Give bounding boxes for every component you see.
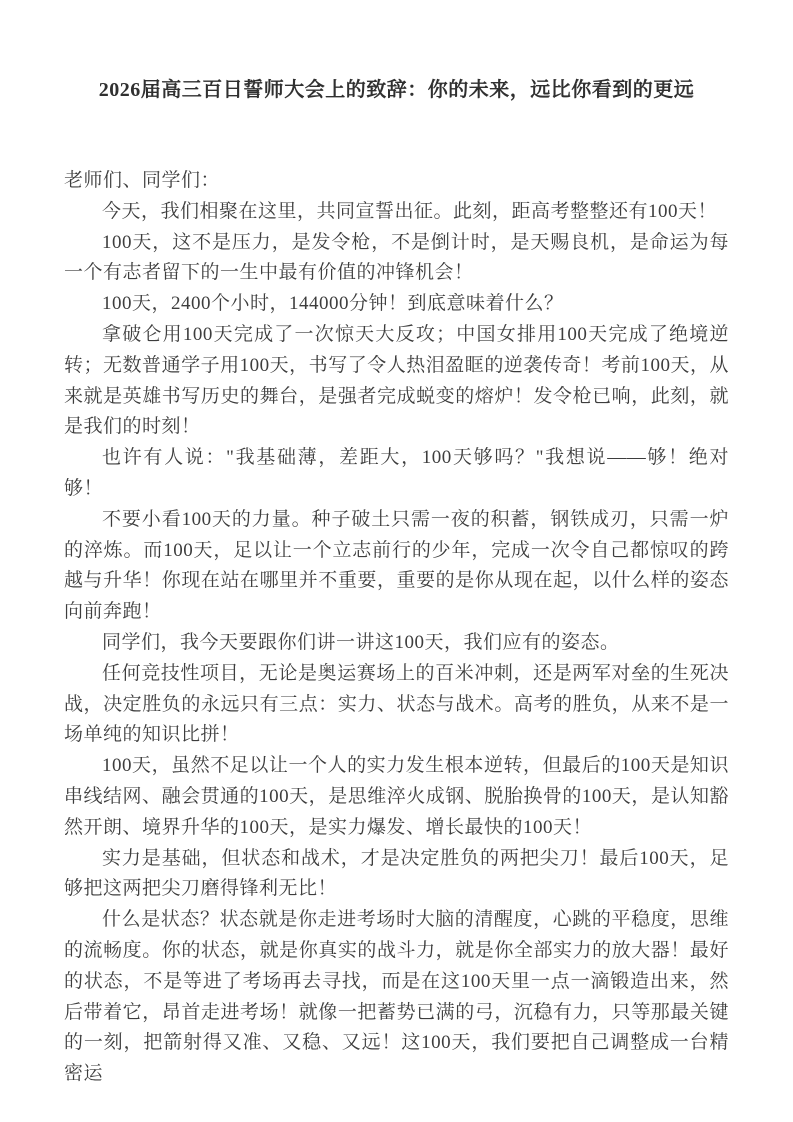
paragraph-7: 同学们，我今天要跟你们讲一讲这100天，我们应有的姿态。 — [64, 628, 729, 659]
paragraph-3: 100天，2400个小时，144000分钟！到底意味着什么？ — [64, 289, 729, 320]
paragraph-9: 100天，虽然不足以让一个人的实力发生根本逆转，但最后的100天是知识串线结网、… — [64, 751, 729, 843]
paragraph-11: 什么是状态？状态就是你走进考场时大脑的清醒度，心跳的平稳度，思维的流畅度。你的状… — [64, 905, 729, 1090]
paragraph-2: 100天，这不是压力，是发令枪，不是倒计时，是天赐良机，是命运为每一个有志者留下… — [64, 228, 729, 290]
document-title: 2026届高三百日誓师大会上的致辞：你的未来，远比你看到的更远 — [64, 74, 729, 106]
document-page: 2026届高三百日誓师大会上的致辞：你的未来，远比你看到的更远 老师们、同学们：… — [0, 0, 793, 1122]
paragraph-8: 任何竞技性项目，无论是奥运赛场上的百米冲刺，还是两军对垒的生死决战，决定胜负的永… — [64, 659, 729, 751]
paragraph-10: 实力是基础，但状态和战术，才是决定胜负的两把尖刀！最后100天，足够把这两把尖刀… — [64, 844, 729, 906]
paragraph-1: 今天，我们相聚在这里，共同宣誓出征。此刻，距高考整整还有100天！ — [64, 197, 729, 228]
paragraph-6: 不要小看100天的力量。种子破土只需一夜的积蓄，钢铁成刃，只需一炉的淬炼。而10… — [64, 505, 729, 628]
paragraph-4: 拿破仑用100天完成了一次惊天大反攻；中国女排用100天完成了绝境逆转；无数普通… — [64, 320, 729, 443]
paragraph-5: 也许有人说："我基础薄，差距大，100天够吗？"我想说——够！绝对够！ — [64, 443, 729, 505]
salutation-line: 老师们、同学们： — [64, 166, 729, 197]
